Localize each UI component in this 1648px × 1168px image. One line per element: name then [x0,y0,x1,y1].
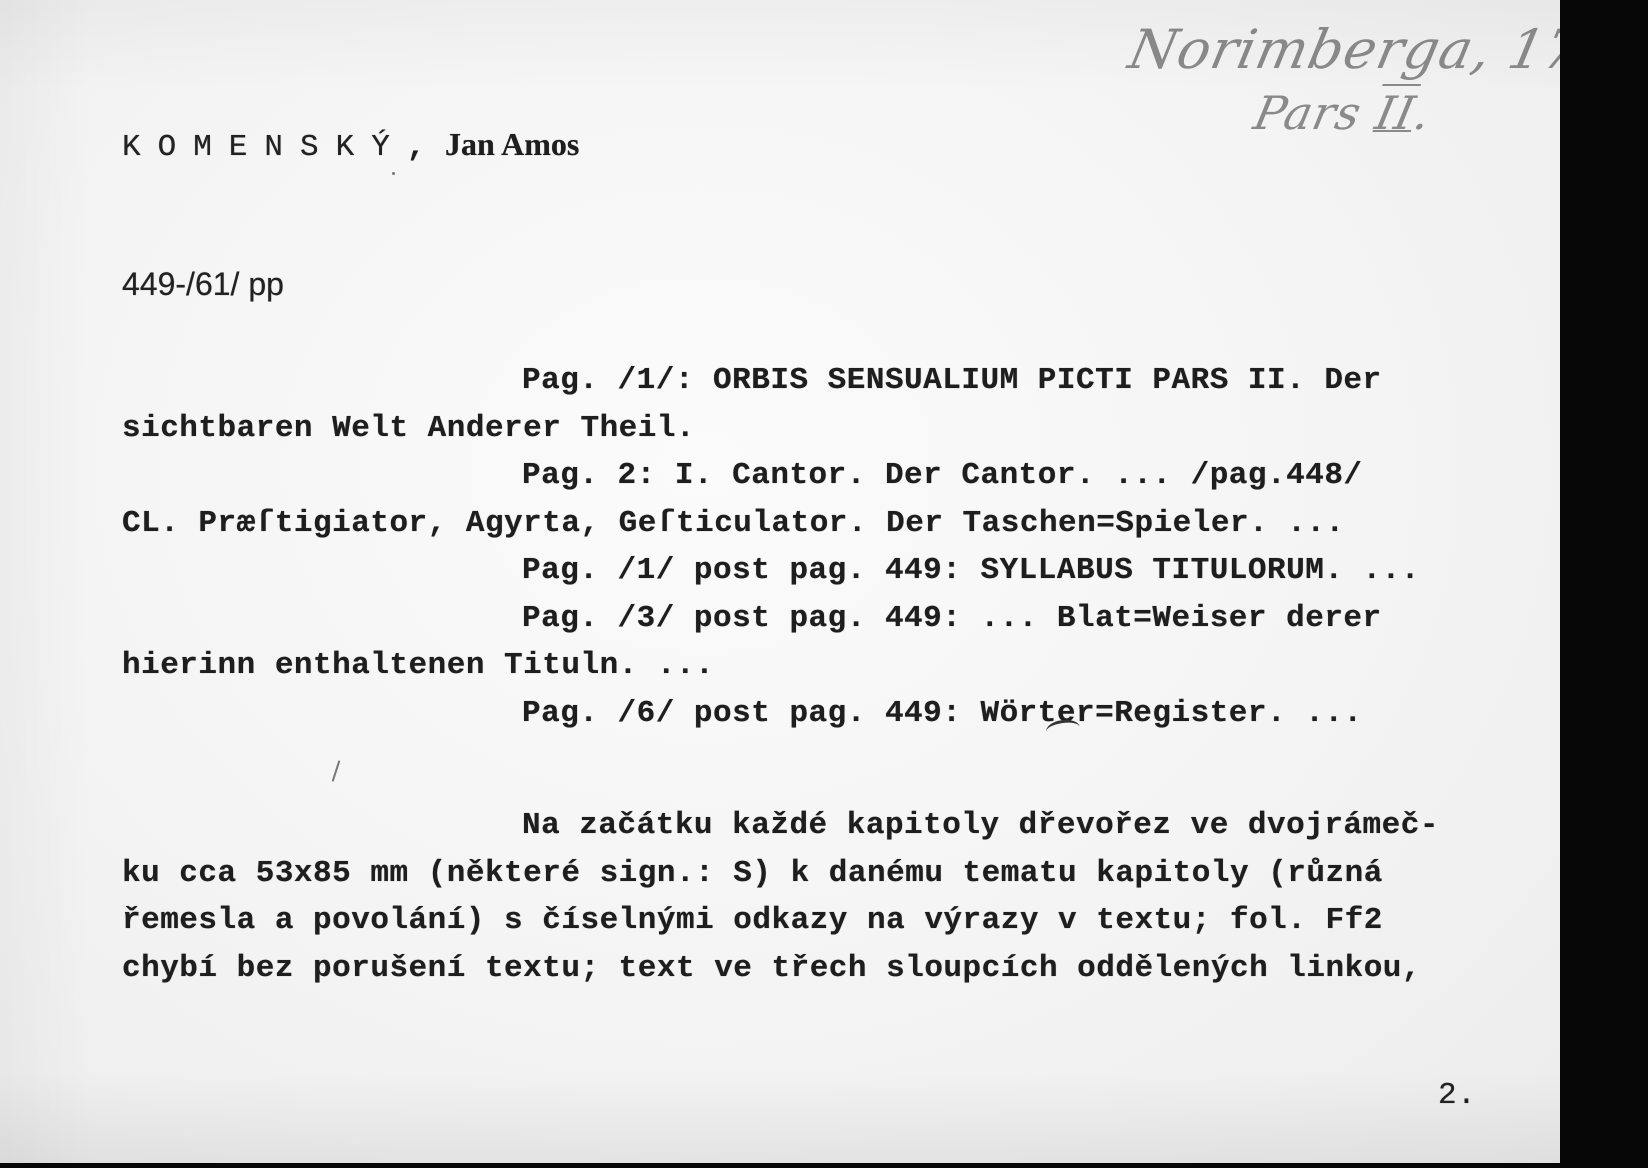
stray-dot-mark [392,172,395,175]
handwritten-imprint-note: Norimberga, 1719 [1123,18,1560,81]
catalog-card: Norimberga, 1719 Pars II. KOMENSKÝ, Jan … [0,0,1560,1163]
contents-line: Pag. 2: I. Cantor. Der Cantor. ... /pag.… [522,460,1363,491]
author-surname: KOMENSKÝ [122,130,407,165]
description-line: ku cca 53x85 mm (některé sign.: S) k dan… [122,858,1383,889]
author-separator: , [407,130,426,165]
author-heading: KOMENSKÝ, Jan Amos [122,128,579,163]
handwritten-part-note: Pars II. [1249,86,1436,140]
description-line: řemesla a povolání) s číselnými odkazy n… [122,905,1383,936]
contents-line: Pag. /1/: ORBIS SENSUALIUM PICTI PARS II… [522,365,1382,396]
description-line: chybí bez porušení textu; text ve třech … [122,953,1421,984]
contents-line: sichtbaren Welt Anderer Theil. [122,413,695,444]
contents-line: hierinn enthaltenen Tituln. ... [122,650,714,681]
author-given-names: Jan Amos [445,126,579,162]
contents-line: Pag. /3/ post pag. 449: ... Blat=Weiser … [522,603,1382,634]
contents-line: Pag. /1/ post pag. 449: SYLLABUS TITULOR… [522,555,1420,586]
stray-pencil-mark [332,760,341,782]
pagination-extent: 449-/61/ pp [122,268,284,300]
contents-line: CL. Præſtigiator, Agyrta, Geſticulator. … [122,508,1345,539]
scan-border-bottom [0,1163,1648,1168]
handwritten-part-label: Pars [1249,86,1366,140]
description-line: Na začátku každé kapitoly dřevořez ve dv… [522,810,1439,841]
scan-border-right [1560,0,1648,1168]
contents-line: Pag. /6/ post pag. 449: Wörter=Register.… [522,698,1363,729]
scanned-catalog-card: Norimberga, 1719 Pars II. KOMENSKÝ, Jan … [0,0,1648,1168]
card-page-number: 2. [1438,1080,1476,1111]
